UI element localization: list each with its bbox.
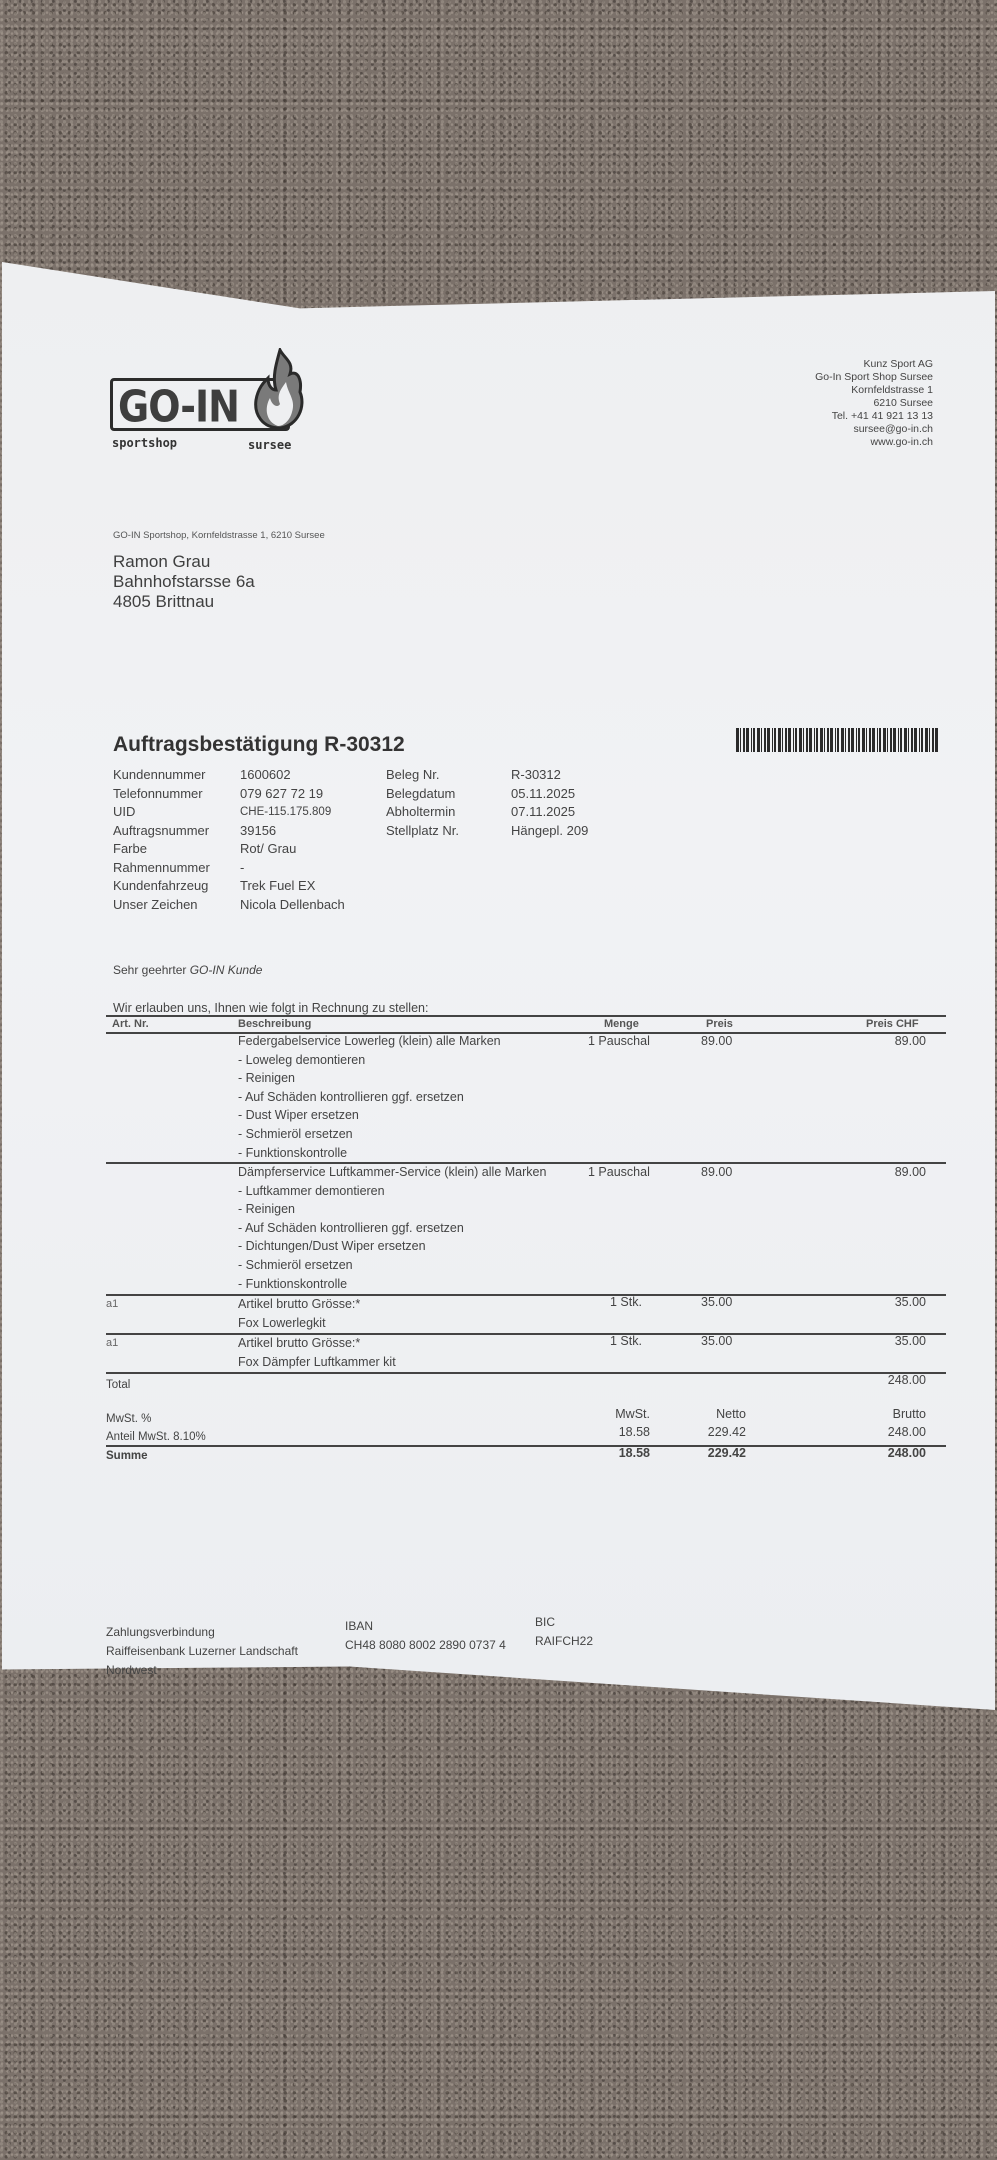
color-value: Rot/ Grau <box>240 840 345 859</box>
info-right-values: R-30312 05.11.2025 07.11.2025 Hängepl. 2… <box>511 766 588 840</box>
total-value: 248.00 <box>888 1373 926 1387</box>
row-price: 89.00 <box>701 1165 732 1179</box>
info-left-values: 1600602 079 627 72 19 CHE-115.175.809 39… <box>240 766 345 914</box>
sum-gross: 248.00 <box>888 1446 926 1460</box>
order-number: 39156 <box>240 822 345 841</box>
vat-col-header: MwSt. <box>606 1407 650 1421</box>
header-total: Preis CHF <box>866 1018 919 1030</box>
item-step: - Auf Schäden kontrollieren ggf. ersetze… <box>238 1219 546 1238</box>
greeting: Sehr geehrter GO-IN Kunde <box>113 963 262 977</box>
item-step: - Schmieröl ersetzen <box>238 1256 546 1275</box>
row-total: 89.00 <box>895 1034 926 1048</box>
payment-iban: IBAN CH48 8080 8002 2890 0737 4 <box>345 1617 506 1655</box>
item-step: - Funktionskontrolle <box>238 1275 546 1294</box>
pickup-date: 07.11.2025 <box>511 803 588 822</box>
item-step: - Schmieröl ersetzen <box>238 1125 501 1144</box>
item-name: Fox Lowerlegkit <box>238 1314 360 1333</box>
company-line: Go-In Sport Shop Sursee <box>815 371 933 384</box>
recipient-street: Bahnhofstarsse 6a <box>113 572 255 592</box>
table-top-rule <box>106 1015 946 1017</box>
header-rule <box>106 1032 946 1034</box>
item-step: - Dichtungen/Dust Wiper ersetzen <box>238 1237 546 1256</box>
uid-value: CHE-115.175.809 <box>240 803 345 822</box>
greeting-customer: GO-IN Kunde <box>190 963 263 977</box>
company-address: Kunz Sport AG Go-In Sport Shop Sursee Ko… <box>815 358 933 449</box>
row-description: Federgabelservice Lowerleg (klein) alle … <box>238 1032 501 1162</box>
company-line: Kornfeldstrasse 1 <box>815 384 933 397</box>
info-label: Kundennummer <box>113 766 210 785</box>
info-label: Telefonnummer <box>113 785 210 804</box>
flame-icon <box>250 348 306 430</box>
info-right-labels: Beleg Nr. Belegdatum Abholtermin Stellpl… <box>386 766 459 840</box>
vat-share-label: Anteil MwSt. 8.10% <box>106 1431 206 1443</box>
payment-bic: BIC RAIFCH22 <box>535 1613 593 1651</box>
logo-sub-left: sportshop <box>112 436 177 450</box>
header-quantity: Menge <box>604 1018 639 1030</box>
row-quantity: 1 Pauschal <box>588 1165 650 1179</box>
net-amount: 229.42 <box>686 1425 746 1439</box>
recipient-city: 4805 Brittnau <box>113 592 255 612</box>
payment-label: Zahlungsverbindung <box>106 1623 298 1642</box>
logo-brand: GO-IN <box>118 381 239 432</box>
row-rule <box>106 1333 946 1335</box>
item-title: Artikel brutto Grösse:* <box>238 1334 396 1353</box>
customer-vehicle: Trek Fuel EX <box>240 877 345 896</box>
info-label: Belegdatum <box>386 785 459 804</box>
go-in-logo: GO-IN sportshop sursee <box>110 348 310 458</box>
item-step: - Luftkammer demontieren <box>238 1182 546 1201</box>
info-label: Kundenfahrzeug <box>113 877 210 896</box>
row-quantity: 1 Pauschal <box>588 1034 650 1048</box>
info-label: Abholtermin <box>386 803 459 822</box>
header-art-nr: Art. Nr. <box>112 1018 149 1030</box>
parking-spot: Hängepl. 209 <box>511 822 588 841</box>
sum-label: Summe <box>106 1450 148 1462</box>
total-label: Total <box>106 1379 130 1391</box>
item-title: Artikel brutto Grösse:* <box>238 1295 360 1314</box>
info-label: Farbe <box>113 840 210 859</box>
our-reference: Nicola Dellenbach <box>240 896 345 915</box>
row-price: 89.00 <box>701 1034 732 1048</box>
info-label: Auftragsnummer <box>113 822 210 841</box>
row-art-nr: a1 <box>106 1337 118 1349</box>
header-price: Preis <box>706 1018 733 1030</box>
company-website: www.go-in.ch <box>815 436 933 449</box>
info-label: Rahmennummer <box>113 859 210 878</box>
phone-number: 079 627 72 19 <box>240 785 345 804</box>
row-rule <box>106 1294 946 1296</box>
payment-bank: Zahlungsverbindung Raiffeisenbank Luzern… <box>106 1623 298 1680</box>
row-quantity: 1 Stk. <box>610 1334 642 1348</box>
document-date: 05.11.2025 <box>511 785 588 804</box>
item-step: - Reinigen <box>238 1069 501 1088</box>
company-phone: Tel. +41 41 921 13 13 <box>815 410 933 423</box>
row-price: 35.00 <box>701 1334 732 1348</box>
company-line: Kunz Sport AG <box>815 358 933 371</box>
row-description: Artikel brutto Grösse:* Fox Dämpfer Luft… <box>238 1334 396 1371</box>
item-step: - Funktionskontrolle <box>238 1144 501 1163</box>
item-step: - Loweleg demontieren <box>238 1051 501 1070</box>
bank-name: Raiffeisenbank Luzerner Landschaft <box>106 1642 298 1661</box>
recipient-address: Ramon Grau Bahnhofstarsse 6a 4805 Brittn… <box>113 552 255 612</box>
item-name: Fox Dämpfer Luftkammer kit <box>238 1353 396 1372</box>
row-total: 89.00 <box>895 1165 926 1179</box>
customer-number: 1600602 <box>240 766 345 785</box>
vat-label: MwSt. % <box>106 1413 151 1425</box>
greeting-prefix: Sehr geehrter <box>113 963 190 977</box>
frame-number: - <box>240 859 345 878</box>
document-paper <box>2 262 995 1710</box>
row-quantity: 1 Stk. <box>610 1295 642 1309</box>
item-title: Dämpferservice Luftkammer-Service (klein… <box>238 1163 546 1182</box>
bic-value: RAIFCH22 <box>535 1632 593 1651</box>
sum-net: 229.42 <box>686 1446 746 1460</box>
net-col-header: Netto <box>686 1407 746 1421</box>
bic-label: BIC <box>535 1613 593 1632</box>
sum-vat: 18.58 <box>606 1446 650 1460</box>
document-number: R-30312 <box>511 766 588 785</box>
barcode <box>736 728 938 754</box>
row-description: Artikel brutto Grösse:* Fox Lowerlegkit <box>238 1295 360 1332</box>
logo-sub-right: sursee <box>248 438 291 452</box>
row-description: Dämpferservice Luftkammer-Service (klein… <box>238 1163 546 1293</box>
document-title: Auftragsbestätigung R-30312 <box>113 733 405 757</box>
line-items-table: Art. Nr. Beschreibung Menge Preis Preis … <box>106 1015 946 1475</box>
iban-value: CH48 8080 8002 2890 0737 4 <box>345 1636 506 1655</box>
info-left-labels: Kundennummer Telefonnummer UID Auftragsn… <box>113 766 210 914</box>
row-total: 35.00 <box>895 1295 926 1309</box>
iban-label: IBAN <box>345 1617 506 1636</box>
bank-region: Nordwest <box>106 1661 298 1680</box>
info-label: Unser Zeichen <box>113 896 210 915</box>
row-total: 35.00 <box>895 1334 926 1348</box>
item-step: - Auf Schäden kontrollieren ggf. ersetze… <box>238 1088 501 1107</box>
gross-amount: 248.00 <box>888 1425 926 1439</box>
item-title: Federgabelservice Lowerleg (klein) alle … <box>238 1032 501 1051</box>
total-rule <box>106 1372 946 1374</box>
vat-amount: 18.58 <box>606 1425 650 1439</box>
company-line: 6210 Sursee <box>815 397 933 410</box>
gross-col-header: Brutto <box>893 1407 926 1421</box>
row-price: 35.00 <box>701 1295 732 1309</box>
row-art-nr: a1 <box>106 1298 118 1310</box>
header-description: Beschreibung <box>238 1018 311 1030</box>
info-label: Stellplatz Nr. <box>386 822 459 841</box>
item-step: - Reinigen <box>238 1200 546 1219</box>
sum-rule <box>106 1445 946 1447</box>
company-email: sursee@go-in.ch <box>815 423 933 436</box>
item-step: - Dust Wiper ersetzen <box>238 1106 501 1125</box>
intro-text: Wir erlauben uns, Ihnen wie folgt in Rec… <box>113 1001 428 1015</box>
info-label: UID <box>113 803 210 822</box>
recipient-name: Ramon Grau <box>113 552 255 572</box>
sender-line: GO-IN Sportshop, Kornfeldstrasse 1, 6210… <box>113 530 325 541</box>
info-label: Beleg Nr. <box>386 766 459 785</box>
